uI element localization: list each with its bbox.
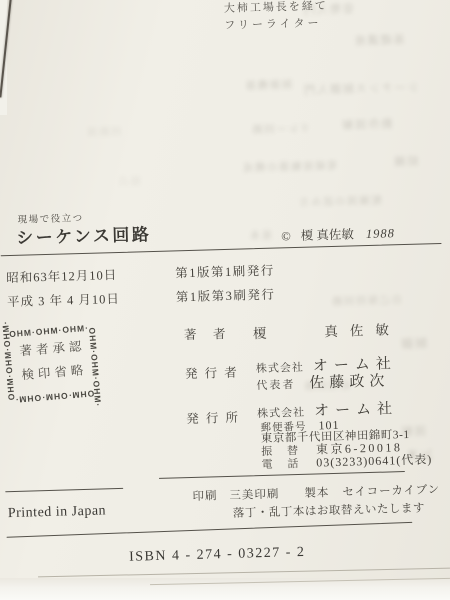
- isbn-number: ISBN 4 - 274 - 03227 - 2: [129, 545, 306, 566]
- bleedthrough-text: リレー回路: [250, 120, 310, 137]
- bleedthrough-text: 基礎講座: [353, 31, 405, 48]
- printed-in-japan: Printed in Japan: [8, 503, 107, 522]
- edition-row: 平成 3 年 4 月10日 第1版第3刷発行: [7, 289, 120, 310]
- stamp-approval-text: 著者承認: [7, 335, 94, 360]
- copyright-year: 1988: [366, 226, 395, 241]
- defective-copy-notice: 落丁・乱丁本はお取替えいたします: [233, 500, 425, 521]
- edition-date: 平成 3 年 4 月10日: [7, 292, 120, 309]
- edition-row: 昭和63年12月10日 第1版第1刷発行: [6, 265, 117, 286]
- bleedthrough-text: 動作図解: [340, 115, 392, 132]
- bleedthrough-text: 制御: [399, 334, 427, 352]
- bleedthrough-text: 制御機器: [244, 76, 292, 92]
- stamp-inspection-text: 検印省略: [9, 359, 96, 384]
- edition-printing: 第1版第3刷発行: [176, 285, 276, 306]
- author-name: 榎真佐敏: [253, 318, 402, 343]
- edition-printing: 第1版第1刷発行: [175, 261, 275, 282]
- book-title: シーケンス回路: [16, 220, 152, 249]
- print-label: 印刷: [192, 490, 217, 503]
- office-label: 発 行 所: [186, 408, 240, 427]
- representative-label: 代表者: [256, 379, 295, 392]
- copyright-line: ©榎 真佐敏1988: [281, 223, 395, 244]
- bleedthrough-text: 基本: [248, 227, 272, 243]
- divider-line: [5, 488, 123, 492]
- author-label: 著 者: [184, 324, 228, 343]
- bleedthrough-text: 接点: [116, 172, 140, 188]
- bleedthrough-text: 電磁接触器の構成: [241, 157, 337, 175]
- bleedthrough-text: 回路図: [85, 123, 121, 139]
- stamp-border-text: OHM·OHM·OHM·: [11, 388, 98, 405]
- bleedthrough-text: シーケンス制御入門: [302, 79, 419, 98]
- book-page-photo: 姿勢入門基礎講座制御機器シーケンス制御入門リレー回路動作図解電磁接触器の構成結線…: [0, 0, 450, 600]
- edition-date: 昭和63年12月10日: [6, 268, 117, 285]
- author-bio-line: フリーライター: [224, 14, 322, 33]
- binding-label: 製本: [304, 487, 329, 500]
- bleedthrough-text: 配線図の読み方: [297, 192, 381, 209]
- divider-line: [7, 522, 413, 538]
- author-given-name: 真佐敏: [324, 322, 401, 339]
- copyright-icon: ©: [281, 229, 291, 243]
- phone-label: 電 話: [261, 458, 304, 471]
- publisher-label: 発 行 者: [185, 363, 239, 382]
- bleedthrough-text: 自己保持回路: [330, 291, 402, 308]
- phone-row: 電 話03(3233)0641(代表): [261, 450, 432, 473]
- author-surname: 榎: [253, 326, 267, 341]
- representative-name: 佐藤政次: [309, 373, 389, 391]
- approval-stamp: OHM·OHM·OHM· OHM·OHM·OHM· OHM·OHM·OHM· O…: [6, 327, 97, 402]
- representative-row: 代表者佐藤政次: [256, 369, 390, 394]
- bindery-name: セイコーカイブン: [342, 484, 440, 499]
- phone-number: 03(3233)0641(代表): [316, 452, 432, 469]
- printer-name: 三美印刷: [229, 489, 279, 502]
- bleedthrough-text: 結線: [392, 153, 418, 170]
- photo-background: [0, 578, 450, 600]
- copyright-holder: 榎 真佐敏: [301, 227, 355, 242]
- page-tilt: 姿勢入門基礎講座制御機器シーケンス制御入門リレー回路動作図解電磁接触器の構成結線…: [0, 0, 450, 600]
- bleedthrough-layer: 姿勢入門基礎講座制御機器シーケンス制御入門リレー回路動作図解電磁接触器の構成結線…: [0, 0, 442, 6]
